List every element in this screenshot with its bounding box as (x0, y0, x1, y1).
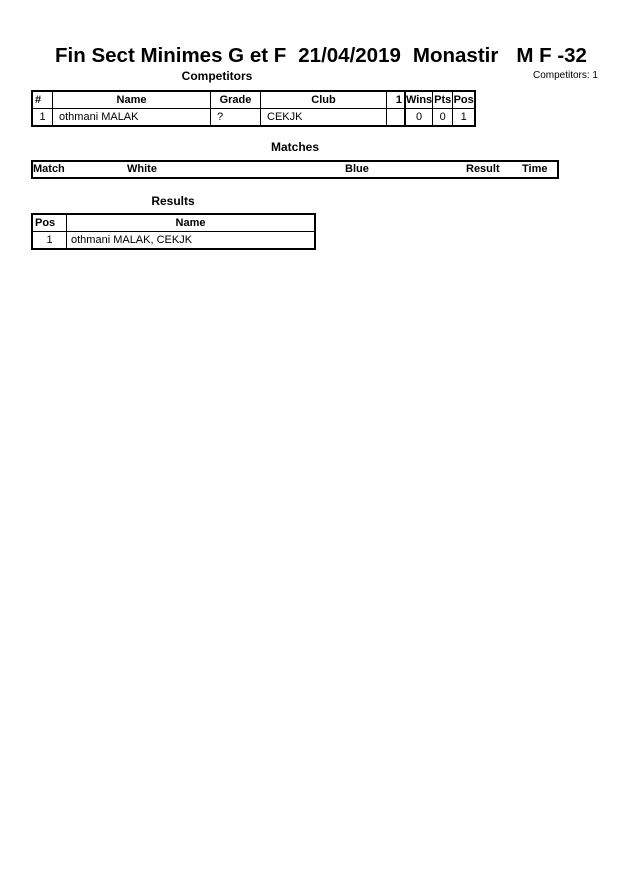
competitor-pts: 0 (433, 109, 453, 127)
col-pts: Pts (433, 91, 453, 109)
col-name: Name (67, 214, 316, 232)
matches-table: Match White Blue Result Time (31, 160, 559, 179)
col-grade: Grade (211, 91, 261, 109)
result-name: othmani MALAK, CEKJK (67, 232, 316, 250)
competitors-table: # Name Grade Club 1 Wins Pts Pos 1 othma… (31, 90, 476, 127)
col-result: Result (464, 161, 520, 178)
table-header-row: Match White Blue Result Time (32, 161, 558, 178)
col-match: Match (32, 161, 125, 178)
col-round-1: 1 (387, 91, 406, 109)
table-row: 1 othmani MALAK ? CEKJK 0 0 1 (32, 109, 475, 127)
page-title: Fin Sect Minimes G et F21/04/2019Monasti… (0, 44, 630, 68)
event-date: 21/04/2019 (298, 44, 401, 68)
col-blue: Blue (343, 161, 464, 178)
col-club: Club (261, 91, 387, 109)
competitor-wins: 0 (405, 109, 433, 127)
event-location: Monastir (413, 44, 498, 68)
competitor-number: 1 (32, 109, 53, 127)
col-time: Time (520, 161, 558, 178)
competitor-pos: 1 (453, 109, 476, 127)
event-name: Fin Sect Minimes G et F (55, 44, 286, 68)
competitor-grade: ? (211, 109, 261, 127)
results-heading: Results (98, 194, 248, 208)
table-header-row: Pos Name (32, 214, 315, 232)
results-table: Pos Name 1 othmani MALAK, CEKJK (31, 213, 316, 250)
competitors-count: Competitors: 1 (533, 70, 598, 81)
competitors-heading: Competitors (142, 69, 292, 83)
col-name: Name (53, 91, 211, 109)
col-number: # (32, 91, 53, 109)
table-row: 1 othmani MALAK, CEKJK (32, 232, 315, 250)
result-pos: 1 (32, 232, 67, 250)
col-pos: Pos (453, 91, 476, 109)
table-header-row: # Name Grade Club 1 Wins Pts Pos (32, 91, 475, 109)
event-category: M F -32 (516, 44, 587, 68)
matches-heading: Matches (220, 140, 370, 154)
competitor-round-1 (387, 109, 406, 127)
col-pos: Pos (32, 214, 67, 232)
col-white: White (125, 161, 343, 178)
competitor-name: othmani MALAK (53, 109, 211, 127)
col-wins: Wins (405, 91, 433, 109)
competitor-club: CEKJK (261, 109, 387, 127)
